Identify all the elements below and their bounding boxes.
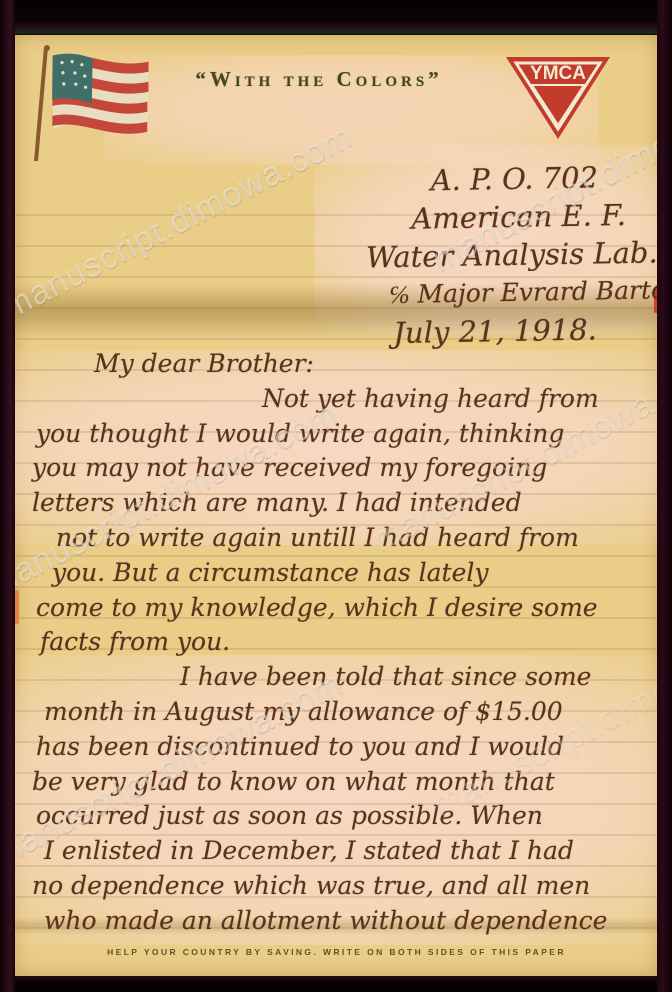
letter-line: you thought I would write again, thinkin…	[36, 417, 658, 452]
photo-frame-edge	[657, 0, 672, 992]
letter-line: month in August my allowance of $15.00	[44, 695, 658, 730]
us-flag-icon	[32, 43, 172, 168]
letter-line: you. But a circumstance has lately	[52, 556, 658, 591]
address-line-aef: American E. F.	[411, 195, 659, 237]
address-line-lab: Water Analysis Lab.	[366, 233, 659, 276]
footer-notice: HELP YOUR COUNTRY BY SAVING. WRITE ON BO…	[14, 947, 659, 957]
scanned-letter-photo: “With the Colors” YMCA // bind YMCA svg …	[0, 0, 672, 992]
date-line: July 21, 1918.	[393, 309, 659, 352]
ymca-label: YMCA	[530, 63, 586, 84]
salutation: My dear Brother:	[94, 347, 658, 382]
letterhead-motto: “With the Colors”	[164, 67, 474, 92]
letter-line: you may not have received my foregoing	[32, 451, 658, 486]
letter-line: letters which are many. I had intended	[32, 486, 658, 521]
letter-page: “With the Colors” YMCA // bind YMCA svg …	[14, 35, 659, 976]
letter-line: I have been told that since some	[180, 660, 658, 695]
letter-line: who made an allotment without dependence	[44, 904, 658, 939]
letter-line: I enlisted in December, I stated that I …	[44, 834, 658, 869]
letter-body: My dear Brother: Not yet having heard fr…	[30, 347, 658, 939]
address-block: A. P. O. 702 American E. F. Water Analys…	[352, 157, 659, 352]
letter-line: not to write again untill I had heard fr…	[56, 521, 658, 556]
address-line-care-of: ℅ Major Evrard Barton	[388, 271, 659, 314]
letter-line: facts from you.	[40, 625, 658, 660]
photo-frame-edge	[0, 0, 15, 992]
letter-line: no dependence which was true, and all me…	[32, 869, 658, 904]
photo-frame-edge	[0, 0, 672, 34]
letter-line: come to my knowledge, which I desire som…	[36, 591, 658, 626]
letter-line: Not yet having heard from	[262, 382, 658, 417]
letter-line: occurred just as soon as possible. When	[36, 799, 658, 834]
letter-line: has been discontinued to you and I would	[36, 730, 658, 765]
photo-frame-edge	[0, 976, 672, 992]
ymca-red-triangle-icon: YMCA	[502, 51, 614, 143]
letter-line: be very glad to know on what month that	[32, 765, 658, 800]
address-line-apo: A. P. O. 702	[430, 157, 659, 199]
